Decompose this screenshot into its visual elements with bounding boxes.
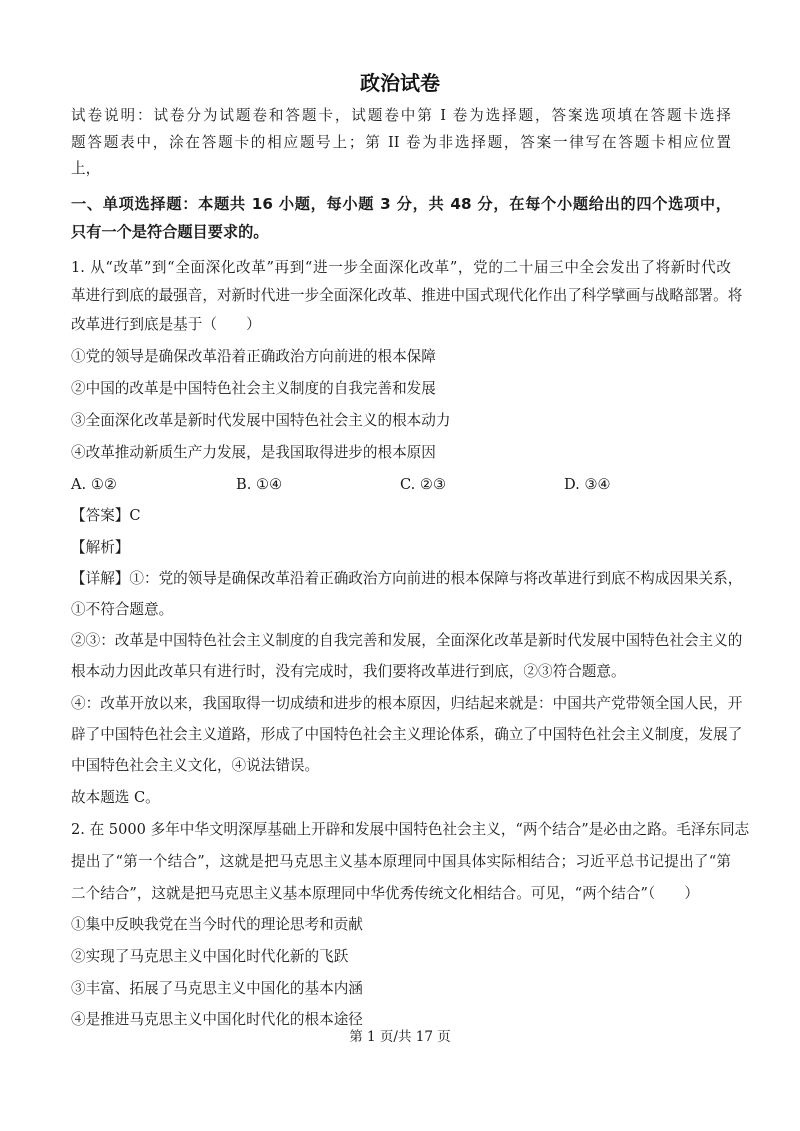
explanation-line: ②③：改革是中国特色社会主义制度的自我完善和发展，全面深化改革是新时代发展中国特… [71, 631, 731, 651]
statement-item: ①集中反映我党在当今时代的理论思考和贡献 [71, 915, 731, 935]
option-b: B. ①④ [236, 475, 282, 495]
conclusion-line: 故本题选 C。 [71, 788, 731, 808]
analysis-label: 【解析】 [71, 538, 731, 558]
question-stem: 二个结合”，这就是把马克思主义基本原理同中华优秀传统文化相结合。可见，“两个结合… [71, 884, 731, 904]
statement-item: ③全面深化改革是新时代发展中国特色社会主义的根本动力 [71, 411, 731, 431]
explanation-line: 【详解】①：党的领导是确保改革沿着正确政治方向前进的根本保障与将改革进行到底不构… [71, 569, 731, 589]
answer-label: 【答案】C [71, 506, 731, 526]
statement-item: ②中国的改革是中国特色社会主义制度的自我完善和发展 [71, 379, 731, 399]
question-stem: 1. 从“改革”到“全面深化改革”再到“进一步全面深化改革”，党的二十届三中全会… [71, 258, 731, 278]
intro-line: 题答题表中，涂在答题卡的相应题号上；第 II 卷为非选择题，答案一律写在答题卡相… [71, 133, 731, 153]
page-number-footer: 第 1 页/共 17 页 [0, 1027, 800, 1047]
option-d: D. ③④ [564, 475, 611, 495]
exam-page: 政治试卷 试卷说明：试卷分为试题卷和答题卡，试题卷中第 I 卷为选择题，答案选项… [0, 0, 800, 1131]
statement-item: ④改革推动新质生产力发展，是我国取得进步的根本原因 [71, 443, 731, 463]
option-a: A. ①② [71, 475, 117, 495]
question-stem: 2. 在 5000 多年中华文明深厚基础上开辟和发展中国特色社会主义，“两个结合… [71, 820, 731, 840]
explanation-line: 中国特色社会主义文化，④说法错误。 [71, 756, 731, 776]
intro-line: 试卷说明：试卷分为试题卷和答题卡，试题卷中第 I 卷为选择题，答案选项填在答题卡… [71, 106, 731, 126]
statement-item: ②实现了马克思主义中国化时代化新的飞跃 [71, 947, 731, 967]
intro-line: 上， [71, 159, 731, 179]
question-stem: 提出了“第一个结合”，这就是把马克思主义基本原理同中国具体实际相结合；习近平总书… [71, 852, 731, 872]
explanation-line: 根本动力因此改革只有进行时，没有完成时，我们要将改革进行到底，②③符合题意。 [71, 662, 731, 682]
page-title: 政治试卷 [0, 70, 800, 96]
question-stem: 改革进行到底是基于（ ） [71, 315, 731, 335]
explanation-line: ④：改革开放以来，我国取得一切成绩和进步的根本原因，归结起来就是：中国共产党带领… [71, 694, 731, 714]
section-header: 只有一个是符合题目要求的。 [71, 222, 731, 242]
statement-item: ③丰富、拓展了马克思主义中国化的基本内涵 [71, 979, 731, 999]
section-header: 一、单项选择题：本题共 16 小题，每小题 3 分，共 48 分，在每个小题给出… [71, 194, 731, 214]
statement-item: ①党的领导是确保改革沿着正确政治方向前进的根本保障 [71, 347, 731, 367]
explanation-line: ①不符合题意。 [71, 600, 731, 620]
option-c: C. ②③ [400, 475, 446, 495]
explanation-line: 辟了中国特色社会主义道路，形成了中国特色社会主义理论体系，确立了中国特色社会主义… [71, 725, 731, 745]
question-stem: 革进行到底的最强音，对新时代进一步全面深化改革、推进中国式现代化作出了科学擘画与… [71, 286, 731, 306]
